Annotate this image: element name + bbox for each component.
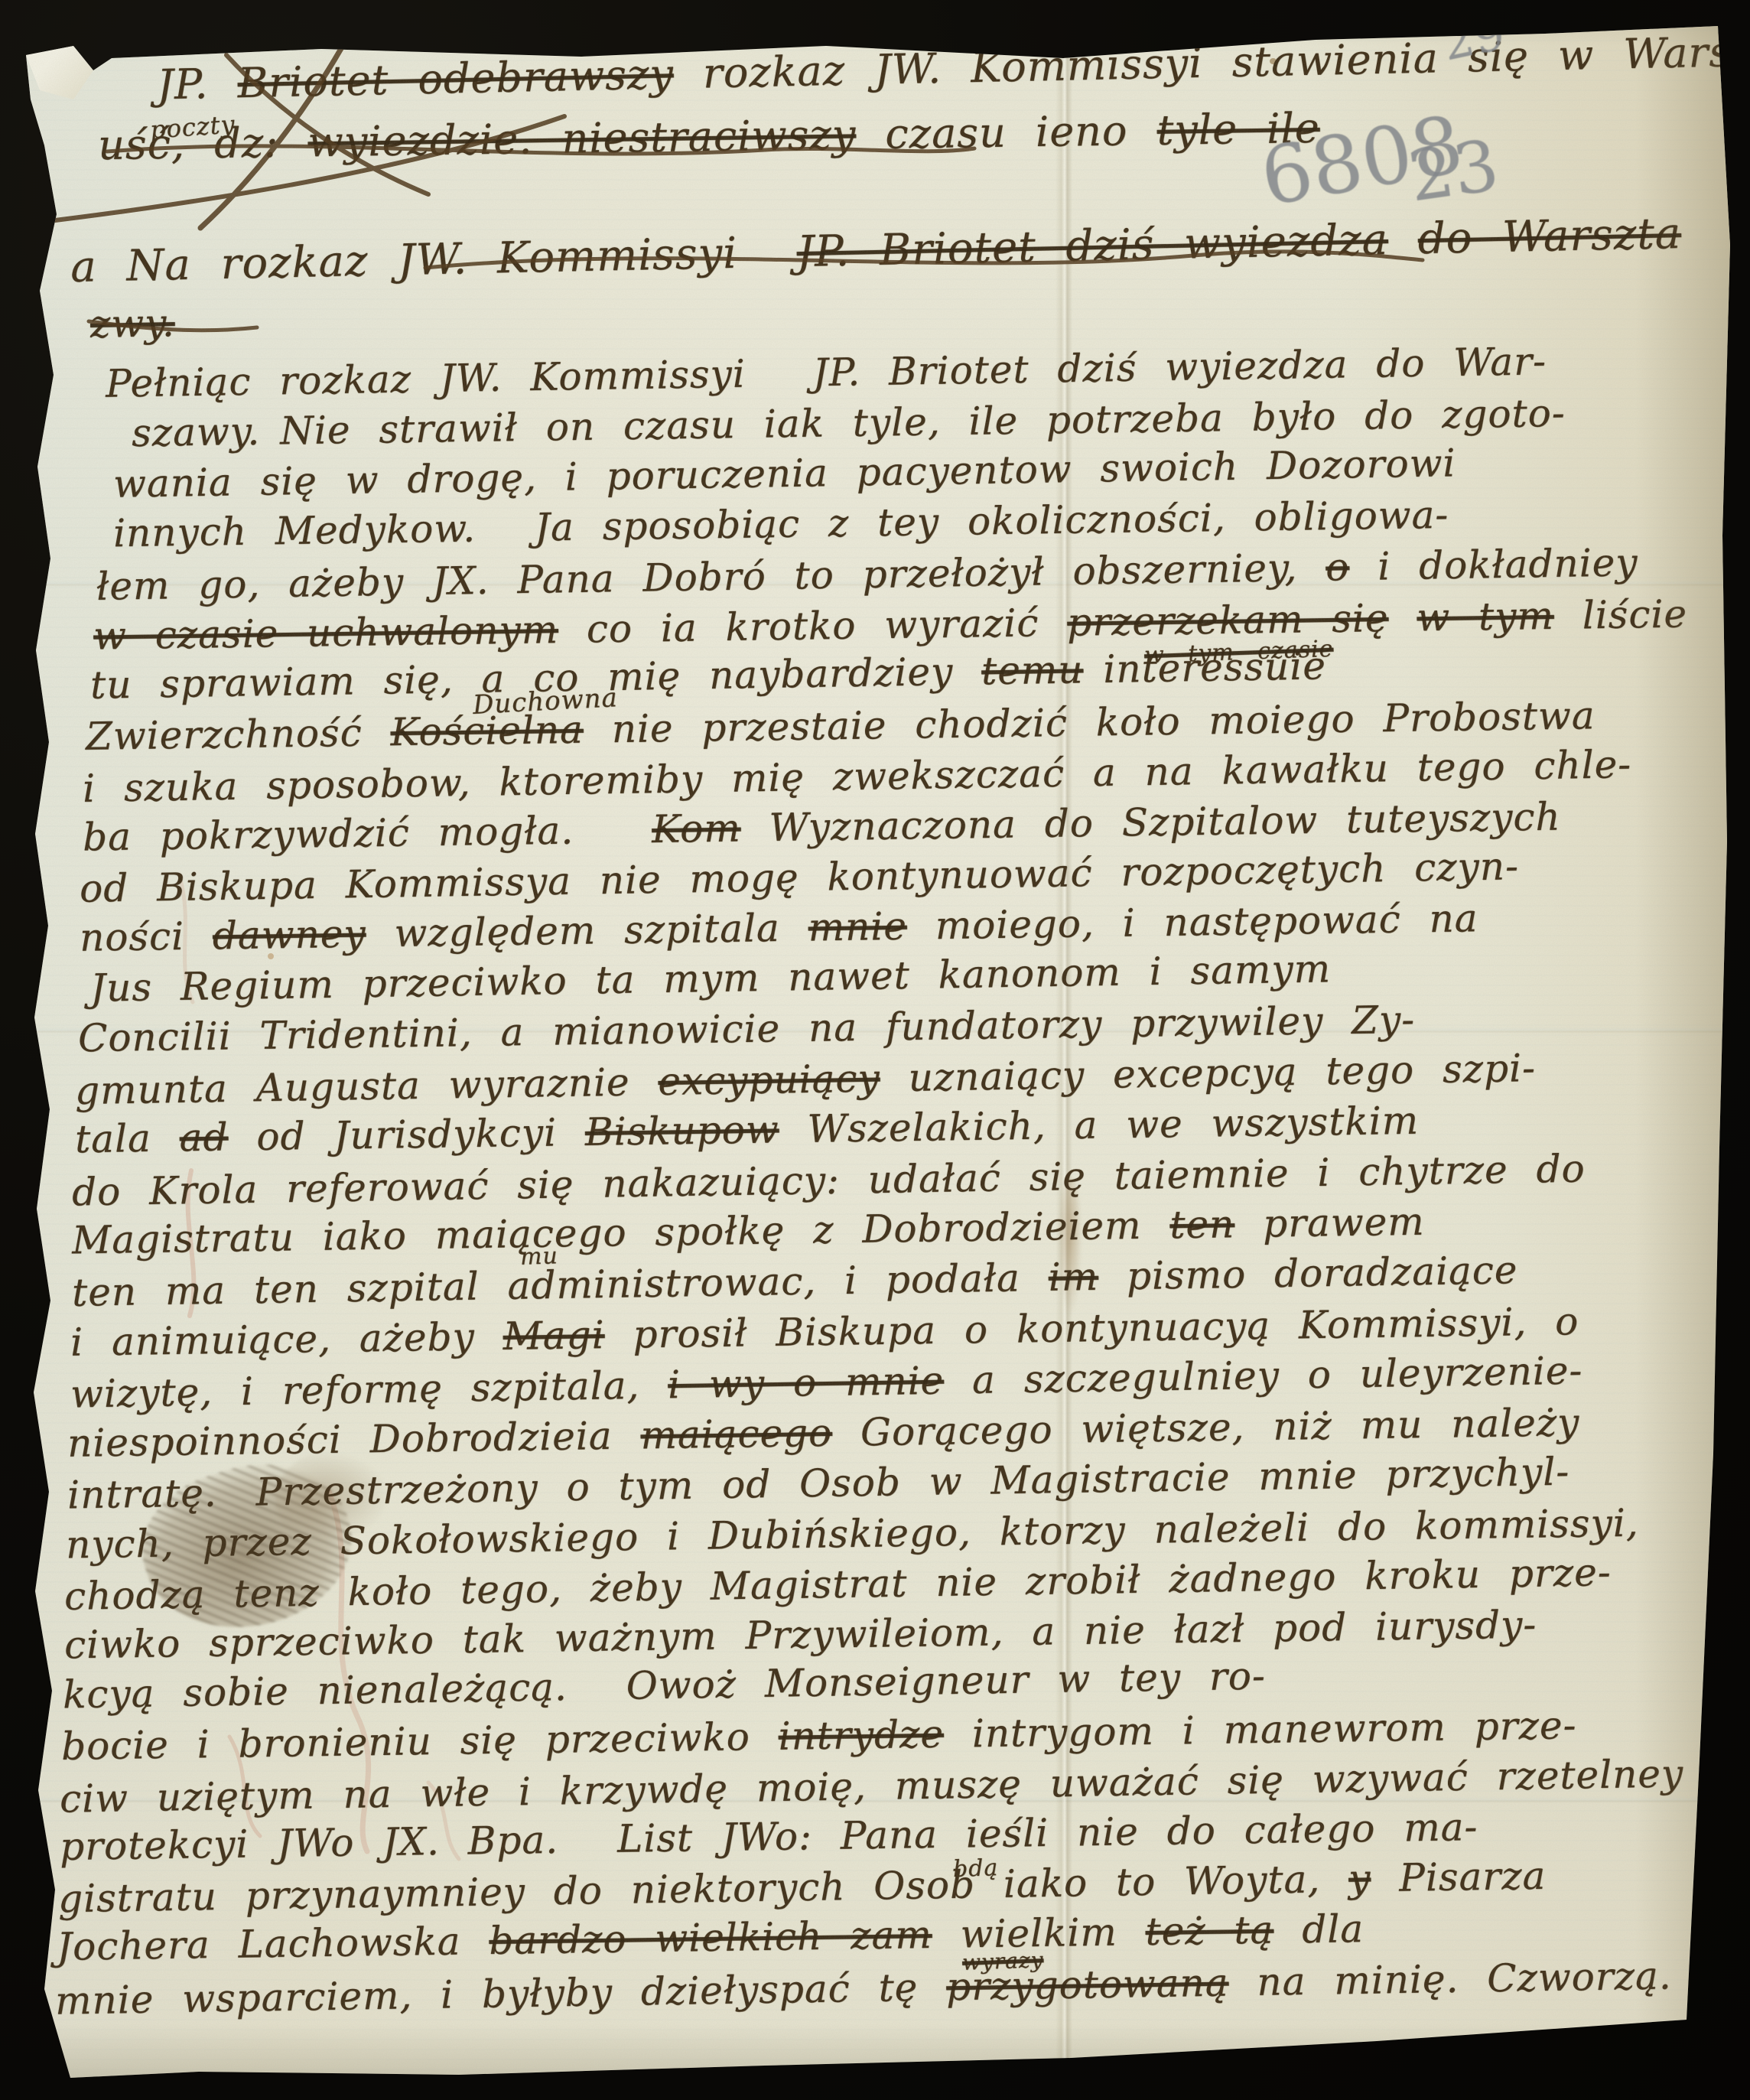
text-segment: JP. bbox=[157, 59, 239, 109]
struck-text: y bbox=[1348, 1856, 1371, 1900]
body-line-27: kcyą sobie nienależącą. Owoż Monseigneur… bbox=[63, 1657, 1266, 1714]
struck-text: Briotet odebrawszy bbox=[237, 50, 675, 107]
text-segment: ności bbox=[80, 913, 213, 959]
text-segment: czasu ieno bbox=[856, 106, 1157, 158]
struck-text: excypuiący bbox=[658, 1056, 880, 1104]
header-line-2: uść, dz: wyiezdzie. niestraciwszy czasu … bbox=[98, 108, 1320, 166]
text-segment: na minię. Czworzą. bbox=[1228, 1953, 1672, 2004]
struck-text: Kościelna bbox=[390, 708, 584, 755]
text-segment: szawy. Nie strawił on czasu iak tyle, il… bbox=[132, 391, 1566, 455]
body-line-1: Pełniąc rozkaz JW. Kommissyi JP. Briotet… bbox=[106, 342, 1547, 403]
text-segment: prosił Biskupa o kontynuacyą Kommissyi, … bbox=[604, 1299, 1579, 1357]
text-segment bbox=[1388, 595, 1417, 640]
text-segment: pismo doradzaiące bbox=[1098, 1248, 1518, 1299]
manuscript-paper-sheet: JP. Briotet odebrawszy rozkaz JW. Kommis… bbox=[0, 0, 1750, 2100]
text-segment: poczty bbox=[149, 109, 236, 145]
interlinear-w-tym-czasie: w tym czasie bbox=[1144, 638, 1334, 668]
header-line-4: zwy. bbox=[90, 304, 175, 343]
text-segment: Gorącego więtsze, niż mu należy bbox=[832, 1400, 1580, 1455]
struck-text: Biskupow bbox=[584, 1107, 779, 1154]
body-line-7: tu sprawiam się, a co mię naybardziey te… bbox=[90, 646, 1326, 704]
paper-speck bbox=[639, 43, 645, 48]
text-segment: ten ma ten szpital administrowac, i poda… bbox=[72, 1255, 1049, 1315]
text-segment: co ia krotko wyrazić bbox=[558, 601, 1068, 652]
body-line-9: i szuka sposobow, ktoremiby mię zwekszcz… bbox=[83, 745, 1632, 808]
struck-text: JP. Briotet dziś wyiezdza bbox=[796, 215, 1389, 277]
text-segment: wizytę, i reformę szpitala, bbox=[70, 1363, 668, 1416]
text-segment: uść, dz: bbox=[98, 118, 308, 169]
text-segment: nie przestaie chodzić koło moiego Probos… bbox=[583, 693, 1595, 751]
text-segment: moiego, i następować na bbox=[906, 896, 1478, 948]
paper-grain-overlay bbox=[0, 0, 1750, 2100]
text-segment: liście bbox=[1553, 591, 1687, 637]
text-segment: wielkim bbox=[932, 1910, 1146, 1957]
body-line-32: Jochera Lachowska bardzo wielkich zam wi… bbox=[57, 1910, 1365, 1966]
body-line-31: gistratu przynaymniey do niektorych Osob… bbox=[58, 1857, 1547, 1919]
struck-text: intrydze bbox=[778, 1712, 944, 1759]
horizontal-crease bbox=[0, 1027, 1750, 1034]
text-segment bbox=[1387, 214, 1418, 265]
text-segment: Jochera Lachowska bbox=[57, 1919, 490, 1969]
body-line-5: łem go, ażeby JX. Pana Dobró to przełoży… bbox=[96, 543, 1638, 606]
text-segment: tu sprawiam się, a co mię naybardziey bbox=[90, 649, 982, 707]
struck-text: wyrazy bbox=[961, 1947, 1044, 1975]
text-segment: Jus Regium przeciwko ta mym nawet kanono… bbox=[90, 946, 1332, 1010]
body-line-16: tala ad od Jurisdykcyi Biskupow Wszelaki… bbox=[75, 1102, 1420, 1159]
struck-text: tyle ile bbox=[1156, 104, 1320, 155]
struck-text: dawney bbox=[213, 912, 366, 959]
struck-text: w tym czasie bbox=[1143, 636, 1334, 669]
photograph-backdrop: JP. Briotet odebrawszy rozkaz JW. Kommis… bbox=[0, 0, 1750, 2100]
paper-speck bbox=[268, 953, 274, 959]
text-segment: Wszelakich, a we wszystkim bbox=[779, 1099, 1419, 1152]
fold-drip-stain bbox=[1059, 1178, 1082, 1316]
pencil-annotations-layer: 29680823 bbox=[0, 0, 1750, 2100]
text-segment: od Jurisdykcyi bbox=[228, 1110, 585, 1160]
body-line-30: protekcyi JWo JX. Bpa. List JWo: Pana ie… bbox=[60, 1808, 1478, 1866]
text-segment: protekcyi JWo JX. Bpa. List JWo: Pana ie… bbox=[60, 1805, 1478, 1869]
body-line-4: innych Medykow. Ja sposobiąc z tey okoli… bbox=[113, 496, 1449, 552]
text-segment: rozkaz JW. Kommissyi stawienia się w War… bbox=[673, 27, 1750, 99]
body-line-17: do Krola referować się nakazuiący: udała… bbox=[72, 1149, 1586, 1211]
text-segment: względem szpitala bbox=[366, 905, 808, 956]
struck-text: maiącego bbox=[640, 1411, 833, 1457]
body-line-21: wizytę, i reformę szpitala, i wy o mnie … bbox=[70, 1351, 1583, 1413]
cancellation-strokes bbox=[0, 0, 1750, 2100]
text-segment: do Krola referować się nakazuiący: udała… bbox=[72, 1146, 1586, 1214]
text-segment: Wyznaczona do Szpitalow tuteyszych bbox=[740, 795, 1561, 851]
text-segment: wania się w drogę, i poruczenia pacyento… bbox=[113, 441, 1456, 506]
struck-text: mnie bbox=[808, 904, 907, 950]
body-line-18: Magistratu iako maiącego społkę z Dobrod… bbox=[72, 1203, 1425, 1260]
text-segment: gmunta Augusta wyraznie bbox=[75, 1060, 659, 1113]
struck-text: w tym bbox=[1417, 594, 1554, 640]
text-segment: ba pokrzywdzić mogła. bbox=[83, 807, 652, 859]
body-line-15: gmunta Augusta wyraznie excypuiący uznai… bbox=[75, 1049, 1537, 1110]
text-segment: tala bbox=[75, 1115, 180, 1161]
struck-text: Kom bbox=[652, 806, 741, 851]
interlinear-wyrazy: wyrazy bbox=[962, 1949, 1044, 1974]
verso-bleed-marks bbox=[0, 0, 1750, 2100]
text-segment: mnie wsparciem, i byłyby dziełyspać tę bbox=[55, 1965, 947, 2023]
struck-text: wyiezdzie. niestraciwszy bbox=[307, 110, 857, 166]
body-line-12: ności dawney względem szpitala mnie moie… bbox=[80, 899, 1478, 957]
body-line-19: ten ma ten szpital administrowac, i poda… bbox=[72, 1251, 1518, 1312]
handwritten-text-layer: JP. Briotet odebrawszy rozkaz JW. Kommis… bbox=[0, 0, 1750, 2100]
body-line-29: ciw uziętym na włe i krzywdę moię, muszę… bbox=[60, 1754, 1684, 1818]
text-segment: i animuiące, ażeby bbox=[70, 1314, 503, 1365]
header-line-3: a Na rozkaz JW. Kommissyi JP. Briotet dz… bbox=[70, 213, 1682, 289]
text-segment: od Biskupa Kommissya nie mogę kontynuowa… bbox=[80, 844, 1520, 911]
struck-text: Magi bbox=[503, 1313, 605, 1359]
body-line-20: i animuiące, ażeby Magi prosił Biskupa o… bbox=[70, 1302, 1579, 1362]
body-line-13: Jus Regium przeciwko ta mym nawet kanono… bbox=[90, 949, 1332, 1007]
struck-text: ad bbox=[179, 1115, 229, 1160]
body-line-28: bocie i bronieniu się przeciwko intrydze… bbox=[61, 1706, 1577, 1766]
text-segment: a szczegulniey o uleyrzenie- bbox=[944, 1348, 1583, 1402]
text-segment: bdą bbox=[952, 1854, 998, 1883]
horizontal-crease bbox=[0, 1796, 1750, 1803]
text-segment: Pisarza bbox=[1371, 1854, 1547, 1901]
text-segment: intrygom i manewrom prze- bbox=[944, 1703, 1577, 1757]
text-segment: interessuie bbox=[1083, 643, 1326, 692]
text-segment: gistratu przynaymniey do niektorych Osob… bbox=[58, 1857, 1349, 1921]
folded-corner-flap bbox=[23, 41, 113, 106]
interlinear-bdą: bdą bbox=[952, 1857, 998, 1881]
struck-text: przerzekam się bbox=[1067, 596, 1389, 645]
interlinear-poczty: poczty bbox=[149, 112, 236, 142]
pencil-page-number: 29 bbox=[1438, 8, 1509, 69]
text-segment: ciw uziętym na włe i krzywdę moię, muszę… bbox=[60, 1751, 1684, 1821]
text-segment: bocie i bronieniu się przeciwko bbox=[61, 1714, 779, 1769]
body-line-8: Zwierzchność Kościelna nie przestaie cho… bbox=[86, 696, 1595, 756]
edge-shading bbox=[0, 0, 1750, 2100]
text-segment: dla bbox=[1273, 1906, 1365, 1952]
struck-text: i wy o mnie bbox=[668, 1359, 945, 1408]
text-segment: prawem bbox=[1234, 1200, 1425, 1246]
body-line-33: mnie wsparciem, i byłyby dziełyspać tę p… bbox=[55, 1956, 1672, 2020]
text-segment: i szuka sposobow, ktoremiby mię zwekszcz… bbox=[83, 742, 1632, 811]
body-line-11: od Biskupa Kommissya nie mogę kontynuowa… bbox=[80, 847, 1520, 908]
pencil-secondary-number: 23 bbox=[1404, 130, 1503, 212]
text-segment: Duchowna bbox=[472, 682, 619, 721]
struck-text: bardzo wielkich zam bbox=[489, 1913, 932, 1963]
body-line-6: w czasie uchwalonym co ia krotko wyrazić… bbox=[93, 594, 1688, 655]
text-segment: Magistratu iako maiącego społkę z Dobrod… bbox=[72, 1203, 1170, 1262]
text-segment: innych Medykow. Ja sposobiąc z tey okoli… bbox=[113, 493, 1449, 555]
text-segment: Zwierzchność bbox=[86, 710, 391, 759]
struck-text: do Warszta bbox=[1417, 209, 1682, 264]
struck-text: przygotowaną bbox=[946, 1961, 1229, 2010]
text-segment: mu bbox=[519, 1242, 558, 1271]
text-segment: kcyą sobie nienależącą. Owoż Monseigneur… bbox=[63, 1654, 1267, 1717]
struck-text: w czasie uchwalonym bbox=[93, 607, 559, 658]
horizontal-crease bbox=[0, 580, 1750, 587]
text-segment: Pełniąc rozkaz JW. Kommissyi JP. Briotet… bbox=[106, 339, 1547, 406]
text-segment: a Na rozkaz JW. Kommissyi bbox=[70, 227, 798, 292]
text-segment: uznaiący excepcyą tego szpi- bbox=[880, 1046, 1536, 1100]
body-line-10: ba pokrzywdzić mogła. Kom Wyznaczona do … bbox=[83, 798, 1561, 857]
pencil-inventory-number: 6808 bbox=[1255, 104, 1469, 217]
header-line-1: JP. Briotet odebrawszy rozkaz JW. Kommis… bbox=[157, 31, 1750, 106]
body-line-3: wania się w drogę, i poruczenia pacyento… bbox=[113, 444, 1456, 503]
body-line-22: niespoinności Dobrodzieia maiącego Gorąc… bbox=[67, 1403, 1580, 1463]
interlinear-mu: mu bbox=[519, 1245, 558, 1269]
vertical-fold-crease bbox=[1056, 0, 1072, 2100]
struck-text: też tą bbox=[1145, 1908, 1274, 1954]
body-line-2: szawy. Nie strawił on czasu iak tyle, il… bbox=[132, 394, 1566, 452]
paper-speck bbox=[1270, 58, 1277, 64]
struck-text: ten bbox=[1169, 1202, 1235, 1247]
text-segment: łem go, ażeby JX. Pana Dobró to przełoży… bbox=[96, 545, 1326, 609]
laid-paper-texture bbox=[0, 0, 1750, 2100]
interlinear-duchowna: Duchowna bbox=[472, 685, 618, 718]
ink-smudge-halo bbox=[275, 1450, 390, 1542]
struck-text: zwy. bbox=[90, 301, 176, 347]
